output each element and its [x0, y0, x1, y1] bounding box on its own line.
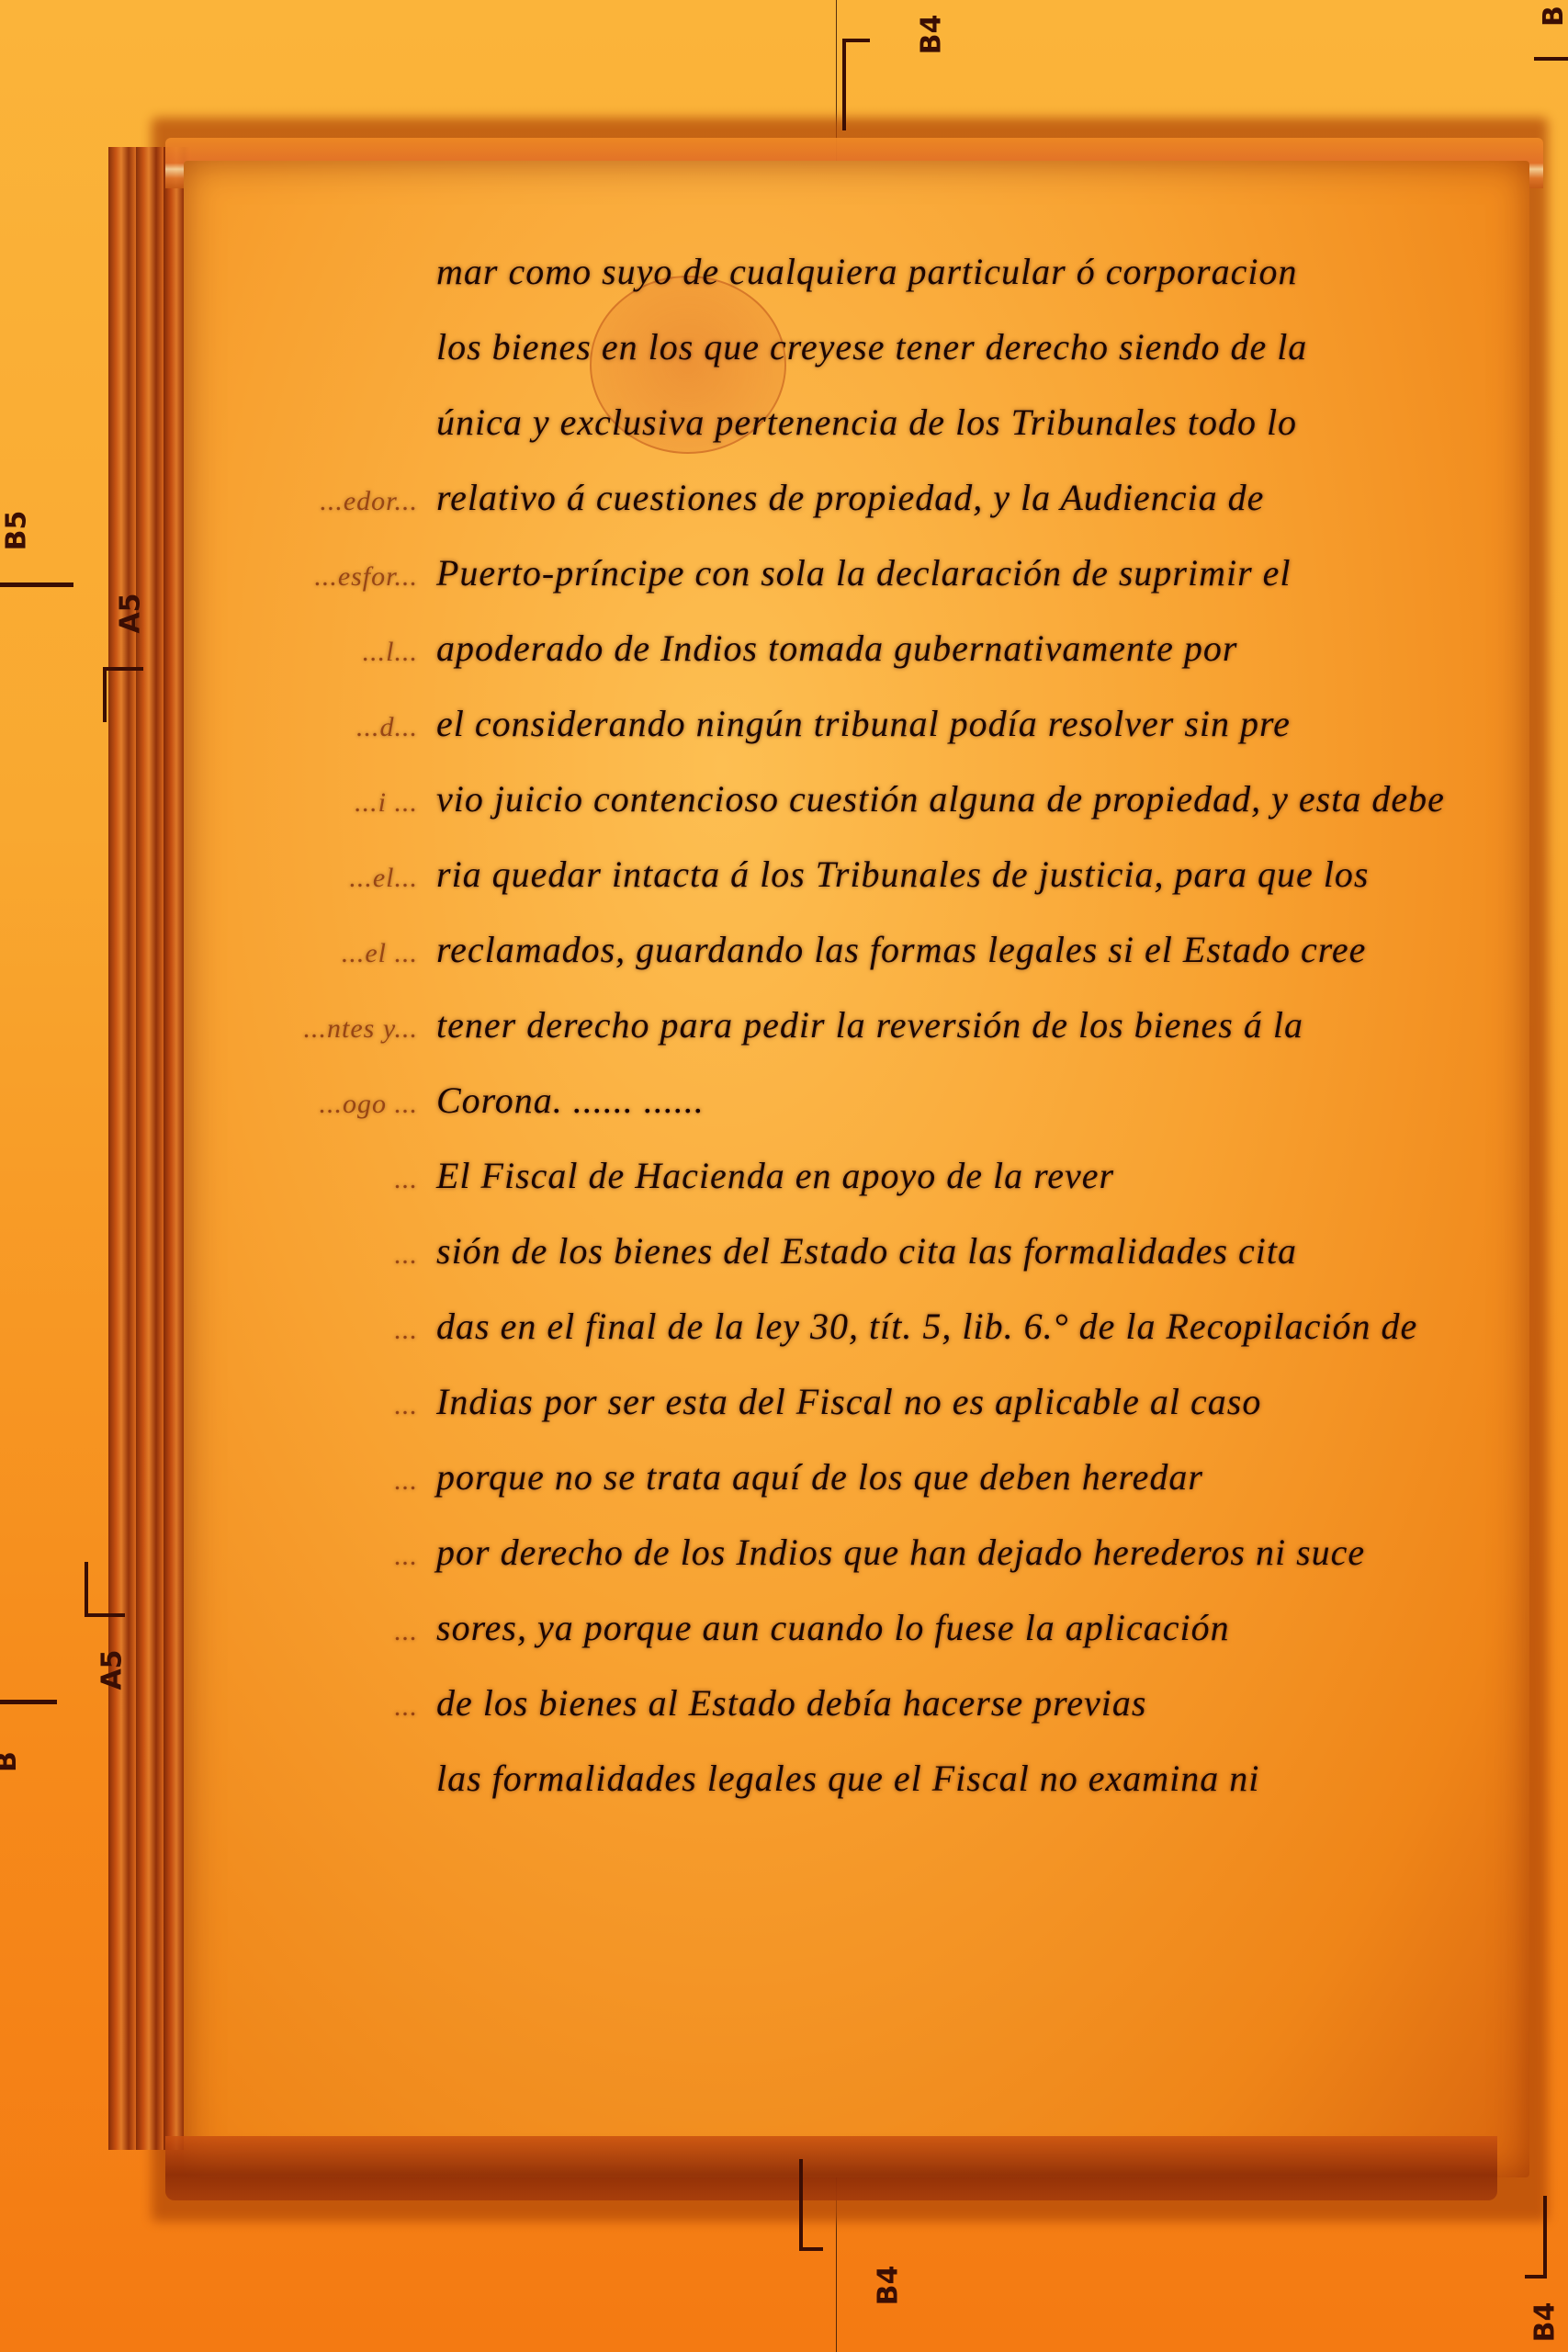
crop-mark-left-upper-inner-stem	[103, 667, 107, 722]
scan-mark-top-center: B4	[915, 15, 947, 55]
crop-mark-bottom-center	[799, 2247, 823, 2251]
manuscript-line: ...i ...vio juicio contencioso cuestión …	[234, 762, 1502, 837]
margin-annotation: ...	[234, 1293, 418, 1368]
manuscript-line: ...edor...relativo á cuestiones de propi…	[234, 460, 1502, 536]
manuscript-line: las formalidades legales que el Fiscal n…	[234, 1741, 1502, 1816]
line-text: los bienes en los que creyese tener dere…	[436, 310, 1307, 385]
crop-mark-left-upper	[0, 582, 73, 587]
scan-mark-bottom-right: B4	[1529, 2302, 1561, 2343]
manuscript-line: ...esfor...Puerto-príncipe con sola la d…	[234, 536, 1502, 611]
line-text: tener derecho para pedir la reversión de…	[436, 988, 1303, 1063]
scan-mark-bottom-center: B4	[872, 2266, 904, 2306]
scan-mark-top-right: B	[1538, 6, 1568, 27]
line-text: reclamados, guardando las formas legales…	[436, 912, 1366, 988]
crop-mark-left-upper-inner	[103, 667, 143, 671]
crop-mark-bottom-right	[1525, 2275, 1547, 2278]
manuscript-line: ...das en el final de la ley 30, tít. 5,…	[234, 1289, 1502, 1364]
margin-annotation: ...ogo ...	[234, 1067, 418, 1142]
crop-mark-top-right	[1534, 57, 1568, 61]
line-text: sores, ya porque aun cuando lo fuese la …	[436, 1590, 1230, 1666]
manuscript-line: ...ogo ...Corona. ...... ......	[234, 1063, 1502, 1138]
margin-annotation: ...edor...	[234, 464, 418, 539]
line-text: las formalidades legales que el Fiscal n…	[436, 1741, 1259, 1816]
margin-annotation: ...	[234, 1443, 418, 1519]
margin-annotation: ...el ...	[234, 916, 418, 991]
line-text: porque no se trata aquí de los que deben…	[436, 1440, 1203, 1515]
margin-annotation: ...	[234, 1594, 418, 1669]
crop-mark-bottom-right-stem	[1543, 2196, 1547, 2278]
scan-mark-left-upper-inner: A5	[115, 593, 147, 633]
line-text: por derecho de los Indios que han dejado…	[436, 1515, 1365, 1590]
line-text: El Fiscal de Hacienda en apoyo de la rev…	[436, 1138, 1114, 1214]
manuscript-line: ...de los bienes al Estado debía hacerse…	[234, 1666, 1502, 1741]
crop-mark-top-center	[842, 39, 846, 130]
manuscript-line: ...por derecho de los Indios que han dej…	[234, 1515, 1502, 1590]
manuscript-line: ...Indias por ser esta del Fiscal no es …	[234, 1364, 1502, 1440]
scan-mark-left-upper-outer: B5	[0, 511, 32, 551]
line-text: ria quedar intacta á los Tribunales de j…	[436, 837, 1369, 912]
margin-annotation: ...d...	[234, 690, 418, 765]
margin-annotation: ...	[234, 1519, 418, 1594]
manuscript-line: ...sores, ya porque aun cuando lo fuese …	[234, 1590, 1502, 1666]
line-text: vio juicio contencioso cuestión alguna d…	[436, 762, 1445, 837]
manuscript-line: ...el...ria quedar intacta á los Tribuna…	[234, 837, 1502, 912]
crop-mark-top-center-foot	[842, 39, 870, 42]
margin-annotation: ...	[234, 1217, 418, 1293]
paper-bottom-edge	[165, 2136, 1497, 2200]
line-text: das en el final de la ley 30, tít. 5, li…	[436, 1289, 1417, 1364]
manuscript-text: mar como suyo de cualquiera particular ó…	[234, 234, 1502, 1816]
line-text: Corona. ...... ......	[436, 1063, 705, 1138]
page-binding-edge	[108, 147, 191, 2150]
manuscript-line: ...ntes y...tener derecho para pedir la …	[234, 988, 1502, 1063]
line-text: el considerando ningún tribunal podía re…	[436, 686, 1291, 762]
line-text: mar como suyo de cualquiera particular ó…	[436, 234, 1297, 310]
line-text: apoderado de Indios tomada gubernativame…	[436, 611, 1237, 686]
scan-mark-left-lower-outer: B	[0, 1751, 23, 1772]
manuscript-line: ...El Fiscal de Hacienda en apoyo de la …	[234, 1138, 1502, 1214]
manuscript-line: ...l...apoderado de Indios tomada gubern…	[234, 611, 1502, 686]
margin-annotation: ...l...	[234, 615, 418, 690]
manuscript-line: ...d...el considerando ningún tribunal p…	[234, 686, 1502, 762]
margin-annotation: ...	[234, 1142, 418, 1217]
crop-mark-left-lower	[0, 1700, 57, 1704]
manuscript-line: única y exclusiva pertenencia de los Tri…	[234, 385, 1502, 460]
crop-mark-bottom-center-stem	[799, 2159, 803, 2251]
margin-annotation: ...	[234, 1368, 418, 1443]
line-text: sión de los bienes del Estado cita las f…	[436, 1214, 1297, 1289]
line-text: relativo á cuestiones de propiedad, y la…	[436, 460, 1264, 536]
manuscript-line: mar como suyo de cualquiera particular ó…	[234, 234, 1502, 310]
manuscript-line: ...el ...reclamados, guardando las forma…	[234, 912, 1502, 988]
margin-annotation: ...esfor...	[234, 539, 418, 615]
manuscript-line: ...sión de los bienes del Estado cita la…	[234, 1214, 1502, 1289]
line-text: de los bienes al Estado debía hacerse pr…	[436, 1666, 1146, 1741]
line-text: Puerto-príncipe con sola la declaración …	[436, 536, 1292, 611]
crop-mark-left-lower-inner-stem	[85, 1562, 88, 1617]
margin-annotation: ...ntes y...	[234, 991, 418, 1067]
margin-annotation: ...el...	[234, 841, 418, 916]
manuscript-line: ...porque no se trata aquí de los que de…	[234, 1440, 1502, 1515]
crop-mark-left-lower-inner	[85, 1613, 125, 1617]
manuscript-line: los bienes en los que creyese tener dere…	[234, 310, 1502, 385]
margin-annotation: ...i ...	[234, 765, 418, 841]
margin-annotation: ...	[234, 1669, 418, 1745]
line-text: Indias por ser esta del Fiscal no es apl…	[436, 1364, 1261, 1440]
scan-mark-left-lower-inner: A5	[96, 1649, 129, 1690]
line-text: única y exclusiva pertenencia de los Tri…	[436, 385, 1297, 460]
